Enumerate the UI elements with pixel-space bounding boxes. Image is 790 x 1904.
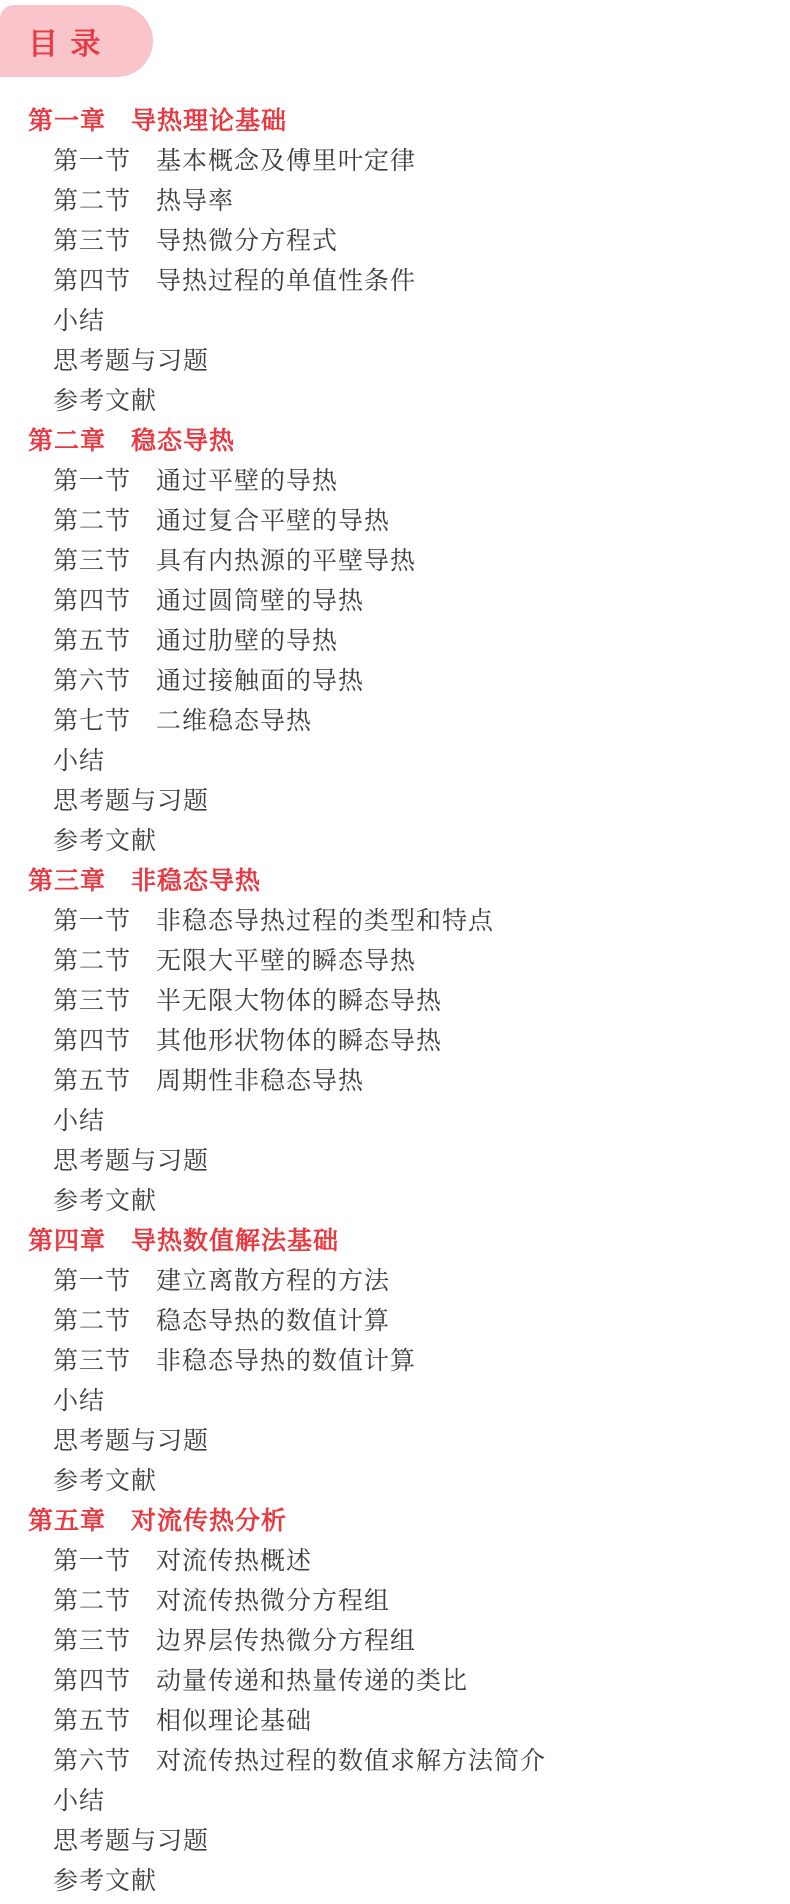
chapter-title: 稳态导热	[131, 427, 235, 455]
page-title: 目 录	[0, 19, 102, 63]
toc-header-badge: 目 录	[0, 5, 153, 77]
section-number: 第五节	[53, 621, 131, 661]
section-title: 热导率	[156, 187, 234, 215]
toc-section-row: 小结	[0, 741, 790, 781]
toc-section-row: 第七节二维稳态导热	[0, 701, 790, 741]
section-title: 小结	[53, 747, 105, 775]
toc-section-row: 第二节无限大平壁的瞬态导热	[0, 941, 790, 981]
section-title: 通过圆筒壁的导热	[156, 587, 364, 615]
section-number: 第一节	[53, 1541, 131, 1581]
section-title: 思考题与习题	[53, 787, 209, 815]
section-title: 边界层传热微分方程组	[156, 1627, 416, 1655]
section-number: 第四节	[53, 1021, 131, 1061]
section-title: 具有内热源的平壁导热	[156, 547, 416, 575]
toc-chapter-heading: 第二章稳态导热	[0, 421, 790, 461]
chapter-number: 第五章	[28, 1501, 106, 1541]
section-number: 第五节	[53, 1061, 131, 1101]
section-number: 第二节	[53, 941, 131, 981]
toc-chapter-heading: 第三章非稳态导热	[0, 861, 790, 901]
section-title: 建立离散方程的方法	[156, 1267, 390, 1295]
toc-section-row: 第二节热导率	[0, 181, 790, 221]
chapter-title: 导热数值解法基础	[131, 1227, 339, 1255]
toc-section-row: 第一节通过平壁的导热	[0, 461, 790, 501]
section-title: 导热微分方程式	[156, 227, 338, 255]
section-number: 第一节	[53, 1261, 131, 1301]
section-number: 第六节	[53, 1741, 131, 1781]
toc-section-row: 第一节对流传热概述	[0, 1541, 790, 1581]
section-number: 第三节	[53, 541, 131, 581]
toc-section-row: 第一节非稳态导热过程的类型和特点	[0, 901, 790, 941]
section-title: 对流传热过程的数值求解方法简介	[156, 1747, 546, 1775]
section-title: 导热过程的单值性条件	[156, 267, 416, 295]
toc-section-row: 思考题与习题	[0, 1141, 790, 1181]
section-title: 对流传热微分方程组	[156, 1587, 390, 1615]
toc-section-row: 第四节动量传递和热量传递的类比	[0, 1661, 790, 1701]
toc-section-row: 思考题与习题	[0, 1821, 790, 1861]
section-title: 稳态导热的数值计算	[156, 1307, 390, 1335]
toc-chapter-heading: 第一章导热理论基础	[0, 101, 790, 141]
section-number: 第七节	[53, 701, 131, 741]
section-title: 思考题与习题	[53, 1147, 209, 1175]
section-title: 参考文献	[53, 827, 157, 855]
toc-section-row: 第一节基本概念及傅里叶定律	[0, 141, 790, 181]
section-title: 通过复合平壁的导热	[156, 507, 390, 535]
chapter-number: 第三章	[28, 861, 106, 901]
toc-section-row: 参考文献	[0, 1181, 790, 1221]
section-title: 小结	[53, 1387, 105, 1415]
toc-section-row: 第三节非稳态导热的数值计算	[0, 1341, 790, 1381]
section-title: 无限大平壁的瞬态导热	[156, 947, 416, 975]
section-number: 第四节	[53, 581, 131, 621]
toc-section-row: 第二节通过复合平壁的导热	[0, 501, 790, 541]
section-number: 第一节	[53, 901, 131, 941]
section-number: 第六节	[53, 661, 131, 701]
section-title: 其他形状物体的瞬态导热	[156, 1027, 442, 1055]
section-number: 第五节	[53, 1701, 131, 1741]
toc-section-row: 小结	[0, 1101, 790, 1141]
toc-section-row: 第三节导热微分方程式	[0, 221, 790, 261]
section-number: 第二节	[53, 1301, 131, 1341]
section-number: 第三节	[53, 221, 131, 261]
section-title: 参考文献	[53, 1187, 157, 1215]
section-title: 通过平壁的导热	[156, 467, 338, 495]
toc-section-row: 小结	[0, 1381, 790, 1421]
toc-section-row: 思考题与习题	[0, 781, 790, 821]
toc-section-row: 第四节通过圆筒壁的导热	[0, 581, 790, 621]
toc-section-row: 第二节对流传热微分方程组	[0, 1581, 790, 1621]
section-title: 半无限大物体的瞬态导热	[156, 987, 442, 1015]
section-title: 对流传热概述	[156, 1547, 312, 1575]
toc-list: 第一章导热理论基础第一节基本概念及傅里叶定律第二节热导率第三节导热微分方程式第四…	[0, 101, 790, 1901]
chapter-title: 导热理论基础	[131, 107, 287, 135]
section-number: 第二节	[53, 1581, 131, 1621]
toc-section-row: 第三节边界层传热微分方程组	[0, 1621, 790, 1661]
toc-section-row: 第五节周期性非稳态导热	[0, 1061, 790, 1101]
toc-section-row: 第五节通过肋壁的导热	[0, 621, 790, 661]
section-title: 通过接触面的导热	[156, 667, 364, 695]
section-title: 非稳态导热过程的类型和特点	[156, 907, 494, 935]
section-title: 通过肋壁的导热	[156, 627, 338, 655]
section-title: 参考文献	[53, 387, 157, 415]
section-number: 第四节	[53, 261, 131, 301]
section-number: 第三节	[53, 981, 131, 1021]
toc-section-row: 第四节导热过程的单值性条件	[0, 261, 790, 301]
section-title: 参考文献	[53, 1467, 157, 1495]
toc-section-row: 第六节通过接触面的导热	[0, 661, 790, 701]
section-number: 第二节	[53, 501, 131, 541]
toc-chapter-heading: 第四章导热数值解法基础	[0, 1221, 790, 1261]
section-title: 非稳态导热的数值计算	[156, 1347, 416, 1375]
section-number: 第三节	[53, 1341, 131, 1381]
section-title: 小结	[53, 307, 105, 335]
toc-section-row: 第六节对流传热过程的数值求解方法简介	[0, 1741, 790, 1781]
toc-section-row: 第一节建立离散方程的方法	[0, 1261, 790, 1301]
section-title: 思考题与习题	[53, 1427, 209, 1455]
chapter-title: 非稳态导热	[131, 867, 261, 895]
toc-section-row: 第四节其他形状物体的瞬态导热	[0, 1021, 790, 1061]
section-number: 第一节	[53, 141, 131, 181]
toc-section-row: 小结	[0, 1781, 790, 1821]
chapter-number: 第二章	[28, 421, 106, 461]
section-number: 第三节	[53, 1621, 131, 1661]
toc-chapter-heading: 第五章对流传热分析	[0, 1501, 790, 1541]
section-title: 思考题与习题	[53, 347, 209, 375]
section-title: 小结	[53, 1787, 105, 1815]
section-number: 第二节	[53, 181, 131, 221]
section-title: 动量传递和热量传递的类比	[156, 1667, 468, 1695]
section-number: 第四节	[53, 1661, 131, 1701]
section-number: 第一节	[53, 461, 131, 501]
chapter-number: 第四章	[28, 1221, 106, 1261]
toc-section-row: 第三节半无限大物体的瞬态导热	[0, 981, 790, 1021]
toc-section-row: 思考题与习题	[0, 1421, 790, 1461]
toc-section-row: 第五节相似理论基础	[0, 1701, 790, 1741]
section-title: 周期性非稳态导热	[156, 1067, 364, 1095]
chapter-number: 第一章	[28, 101, 106, 141]
section-title: 参考文献	[53, 1867, 157, 1895]
toc-section-row: 小结	[0, 301, 790, 341]
section-title: 小结	[53, 1107, 105, 1135]
toc-section-row: 思考题与习题	[0, 341, 790, 381]
toc-section-row: 第二节稳态导热的数值计算	[0, 1301, 790, 1341]
toc-section-row: 第三节具有内热源的平壁导热	[0, 541, 790, 581]
section-title: 基本概念及傅里叶定律	[156, 147, 416, 175]
toc-section-row: 参考文献	[0, 381, 790, 421]
toc-section-row: 参考文献	[0, 1861, 790, 1901]
toc-section-row: 参考文献	[0, 1461, 790, 1501]
toc-section-row: 参考文献	[0, 821, 790, 861]
section-title: 相似理论基础	[156, 1707, 312, 1735]
section-title: 思考题与习题	[53, 1827, 209, 1855]
chapter-title: 对流传热分析	[131, 1507, 287, 1535]
section-title: 二维稳态导热	[156, 707, 312, 735]
